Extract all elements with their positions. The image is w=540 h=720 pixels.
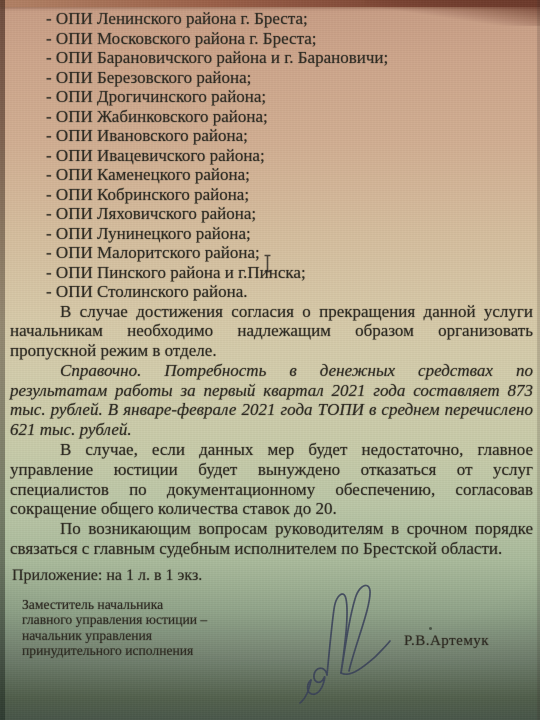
document-paragraph: По возникающим вопросам руководителям в … (10, 519, 533, 559)
handwritten-signature (297, 579, 395, 707)
signer-title-line: принудительного исполнения (22, 643, 292, 658)
dust-speck (429, 627, 432, 630)
signer-title: Заместитель начальника главного управлен… (22, 597, 292, 659)
district-list-item: - ОПИ Березовского района; (46, 68, 533, 88)
signer-title-line: главного управления юстиции – (22, 612, 292, 627)
district-list-item: - ОПИ Ивацевичского района; (46, 146, 533, 166)
document-paragraph: В случае, если данных мер будет недостат… (10, 440, 533, 519)
district-list-item: - ОПИ Ленинского района г. Бреста; (46, 9, 533, 29)
district-list-item: - ОПИ Ивановского района; (46, 126, 533, 146)
district-list-item: - ОПИ Московского района г. Бреста; (46, 29, 533, 49)
signer-name: Р.В.Артемук (404, 633, 489, 650)
document-paragraph: В случае достижения согласия о прекращен… (10, 302, 533, 361)
district-list-item: - ОПИ Жабинковского района; (46, 107, 533, 127)
district-list-item: - ОПИ Малоритского района; (46, 243, 533, 263)
district-list: - ОПИ Ленинского района г. Бреста; - ОПИ… (46, 9, 533, 302)
document-page: - ОПИ Ленинского района г. Бреста; - ОПИ… (0, 0, 540, 720)
document-body: В случае достижения согласия о прекращен… (10, 302, 533, 559)
district-list-item: - ОПИ Кобринского района; (46, 185, 533, 205)
signer-title-line: Заместитель начальника (22, 597, 292, 612)
district-list-item: - ОПИ Столинского района. (46, 282, 533, 302)
district-list-item: - ОПИ Каменецкого района; (46, 165, 533, 185)
text-ibeam-cursor-icon (262, 254, 273, 273)
district-list-item: - ОПИ Барановичского района и г. Баранов… (46, 48, 533, 68)
signer-title-line: начальник управления (22, 628, 292, 643)
document-paragraph: Справочно. Потребность в денежных средст… (10, 361, 533, 440)
signature-row: Заместитель начальника главного управлен… (10, 597, 533, 717)
district-list-item: - ОПИ Пинского района и г.Пинска; (46, 263, 533, 283)
district-list-item: - ОПИ Ляховичского района; (46, 204, 533, 224)
district-list-item: - ОПИ Дрогичинского района; (46, 87, 533, 107)
attachment-line: Приложение: на 1 л. в 1 экз. (12, 566, 533, 585)
district-list-item: - ОПИ Лунинецкого района; (46, 224, 533, 244)
